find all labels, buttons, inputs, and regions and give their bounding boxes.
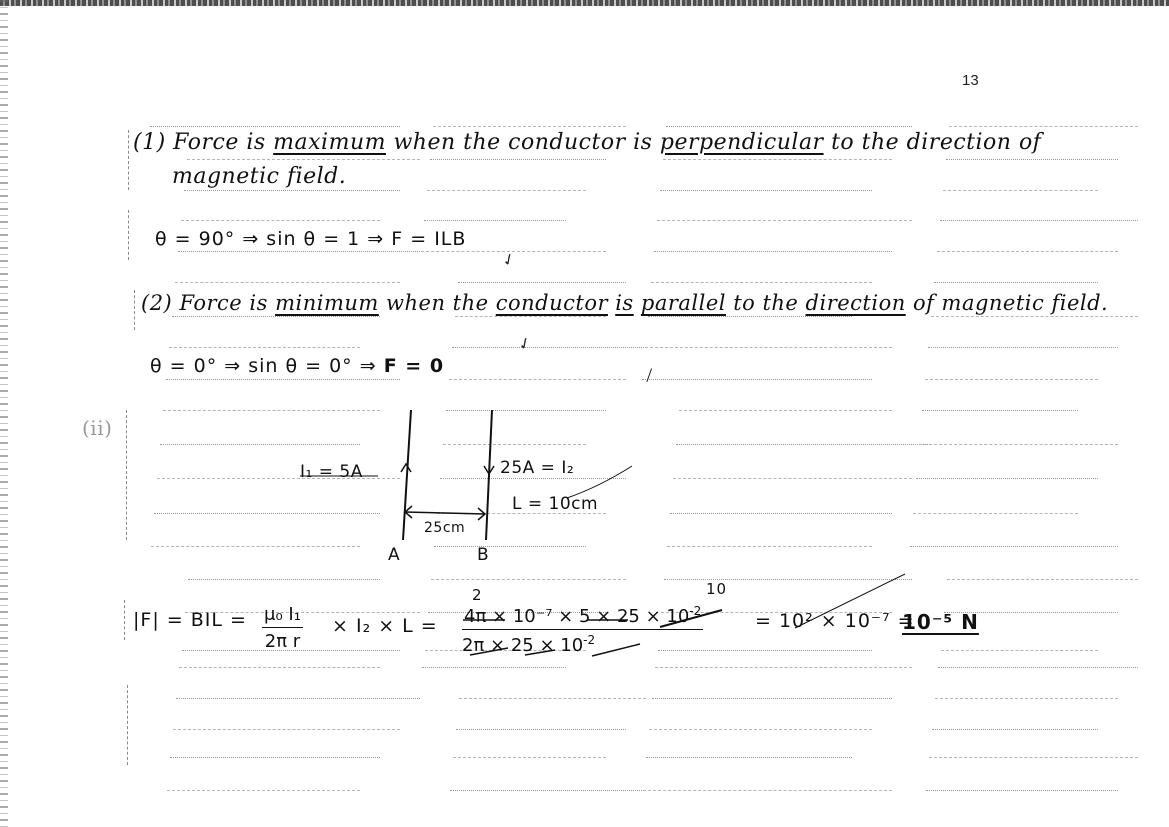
- ruled-line-segment: [154, 513, 380, 514]
- calc-formula-denominator: 2π r: [265, 628, 300, 652]
- ruled-line-segment: [178, 251, 420, 252]
- ruled-line-segment: [938, 667, 1138, 668]
- ruled-line-segment: [937, 251, 1118, 252]
- ruled-line-segment: [642, 379, 872, 380]
- ruled-line-segment: [943, 190, 1098, 191]
- equation-min-force: θ = 0° ⇒ sin θ = 0° ⇒ F = 0: [150, 355, 444, 377]
- ruled-line-segment: [459, 698, 646, 699]
- length-label: L = 10cm: [512, 494, 598, 514]
- ruled-line-segment: [453, 757, 606, 758]
- keyword-perpendicular: perpendicular: [660, 130, 824, 155]
- separation-label: 25cm: [424, 520, 465, 536]
- ruled-line-segment: [160, 444, 360, 445]
- calc-substitution-denominator: 2π × 25 × 10-2: [462, 630, 595, 656]
- ruled-line-segment: [931, 316, 1138, 317]
- ruled-line-segment: [443, 444, 586, 445]
- ruled-line-segment: [452, 347, 646, 348]
- calc-substitution-numerator: 4π × 10⁻⁷ × 5 × 25 × 10-2: [462, 604, 703, 630]
- calc-formula-fraction: μ₀ I₁ 2π r: [262, 604, 303, 652]
- ruled-line-segment: [157, 478, 400, 479]
- current-2-label: 25A = I₂: [500, 458, 574, 478]
- ruled-line-segment: [916, 478, 1098, 479]
- equation-min-force-result: F = 0: [384, 355, 444, 377]
- calc-substitution-fraction: 4π × 10⁻⁷ × 5 × 25 × 10-2 2π × 25 × 10-2: [462, 604, 703, 656]
- ruled-line-segment: [167, 790, 360, 791]
- ruled-line-segment: [934, 282, 1098, 283]
- point-2-marker: (2): [141, 291, 172, 315]
- ruled-line-segment: [676, 444, 932, 445]
- ruled-line-segment: [172, 316, 380, 317]
- ruled-line-segment: [664, 579, 912, 580]
- ruled-line-segment: [910, 546, 1118, 547]
- ruled-line-segment: [946, 159, 1118, 160]
- ruled-line-segment: [663, 159, 892, 160]
- ruled-line-segment: [184, 190, 400, 191]
- ruled-line-segment: [175, 282, 400, 283]
- ruled-line-segment: [421, 251, 606, 252]
- ruled-line-segment: [654, 251, 892, 252]
- calc-lhs: |F| = BIL =: [133, 609, 247, 631]
- ruled-line-segment: [150, 126, 400, 127]
- ruled-line-segment: [176, 698, 420, 699]
- ruled-line-segment: [929, 757, 1138, 758]
- ruled-line-segment: [434, 546, 586, 547]
- margin-mark: [127, 685, 128, 765]
- ruled-line-segment: [188, 579, 380, 580]
- ruled-line-segment: [932, 729, 1098, 730]
- ruled-line-segment: [673, 478, 912, 479]
- keyword-direction: direction: [806, 291, 906, 315]
- ruled-line-segment: [458, 282, 626, 283]
- ruled-line-segment: [941, 650, 1098, 651]
- wire-a-label: A: [388, 545, 400, 565]
- ruled-line-segment: [649, 729, 872, 730]
- ruled-line-segment: [652, 698, 892, 699]
- ruled-line-segment: [935, 698, 1118, 699]
- ruled-line-segment: [166, 379, 400, 380]
- page-number: 13: [962, 72, 979, 89]
- ruled-line-segment: [666, 126, 912, 127]
- ruled-line-segment: [430, 159, 606, 160]
- ruled-line-segment: [949, 126, 1138, 127]
- keyword-conductor: conductor: [496, 291, 608, 315]
- ruled-line-segment: [648, 316, 852, 317]
- ruled-line-segment: [925, 379, 1098, 380]
- ruled-line-segment: [670, 513, 892, 514]
- ruled-line-segment: [679, 410, 892, 411]
- ruled-line-segment: [450, 790, 646, 791]
- ruled-line-segment: [926, 790, 1118, 791]
- grader-tick-mark: ✓: [515, 332, 535, 355]
- ruled-line-segment: [169, 347, 360, 348]
- ruled-line-segment: [163, 410, 380, 411]
- ruled-line-segment: [449, 379, 626, 380]
- margin-mark: [134, 290, 135, 330]
- ruled-line-segment: [913, 513, 1078, 514]
- ruled-line-segment: [440, 478, 626, 479]
- grader-mark: ⁄: [646, 366, 653, 385]
- scan-edge-left: [0, 0, 8, 827]
- point-1-line-2: magnetic field.: [172, 164, 346, 189]
- ruled-line-segment: [667, 546, 872, 547]
- margin-mark: [126, 410, 127, 540]
- ruled-line-segment: [651, 282, 872, 283]
- point-1: (1) Force is maximum when the conductor …: [133, 130, 1041, 155]
- ruled-line-segment: [422, 667, 566, 668]
- margin-mark: [128, 210, 129, 260]
- ruled-line-segment: [660, 190, 872, 191]
- ruled-line-segment: [657, 220, 912, 221]
- ruled-line-segment: [424, 220, 566, 221]
- equation-max-force: θ = 90° ⇒ sin θ = 1 ⇒ F = ILB: [155, 228, 466, 250]
- part-ii-label: (ii): [82, 416, 112, 440]
- ruled-line-segment: [431, 579, 626, 580]
- ruled-line-segment: [947, 579, 1138, 580]
- ruled-line-segment: [928, 347, 1118, 348]
- calc-annotation-top: 2: [472, 586, 483, 604]
- keyword-maximum: maximum: [273, 130, 386, 155]
- ruled-line-segment: [645, 347, 892, 348]
- ruled-line-segment: [187, 159, 420, 160]
- calc-formula-tail: × I₂ × L =: [332, 615, 438, 637]
- margin-mark: [128, 130, 129, 190]
- keyword-minimum: minimum: [275, 291, 379, 315]
- calc-final-answer: 10⁻⁵ N: [902, 610, 979, 634]
- ruled-line-segment: [456, 729, 626, 730]
- ruled-line-segment: [919, 444, 1118, 445]
- ruled-line-segment: [646, 757, 852, 758]
- ruled-line-segment: [181, 220, 380, 221]
- ruled-line-segment: [455, 316, 606, 317]
- calc-result-mid: = 10² × 10⁻⁷ =: [755, 610, 915, 632]
- point-2: (2) Force is minimum when the conductor …: [141, 291, 1108, 315]
- ruled-line-segment: [170, 757, 380, 758]
- parallel-wires-diagram: [0, 0, 1169, 827]
- ruled-line-segment: [173, 729, 400, 730]
- keyword-parallel: parallel: [641, 291, 726, 315]
- ruled-line-segment: [643, 790, 892, 791]
- ruled-line-segment: [922, 410, 1078, 411]
- calc-annotation-right: 10: [706, 580, 727, 598]
- ruled-line-segment: [427, 190, 586, 191]
- ruled-line-segment: [151, 546, 360, 547]
- wire-b-label: B: [477, 545, 489, 565]
- ruled-line-segment: [655, 667, 912, 668]
- ruled-line-segment: [940, 220, 1138, 221]
- scan-edge-top: [0, 0, 1169, 6]
- point-1-marker: (1): [133, 130, 166, 155]
- ruled-line-segment: [179, 667, 380, 668]
- current-1-label: I₁ = 5A: [300, 462, 363, 482]
- calc-formula-numerator: μ₀ I₁: [262, 604, 303, 628]
- margin-mark: [124, 600, 125, 640]
- ruled-line-segment: [433, 126, 626, 127]
- ruled-line-segment: [446, 410, 606, 411]
